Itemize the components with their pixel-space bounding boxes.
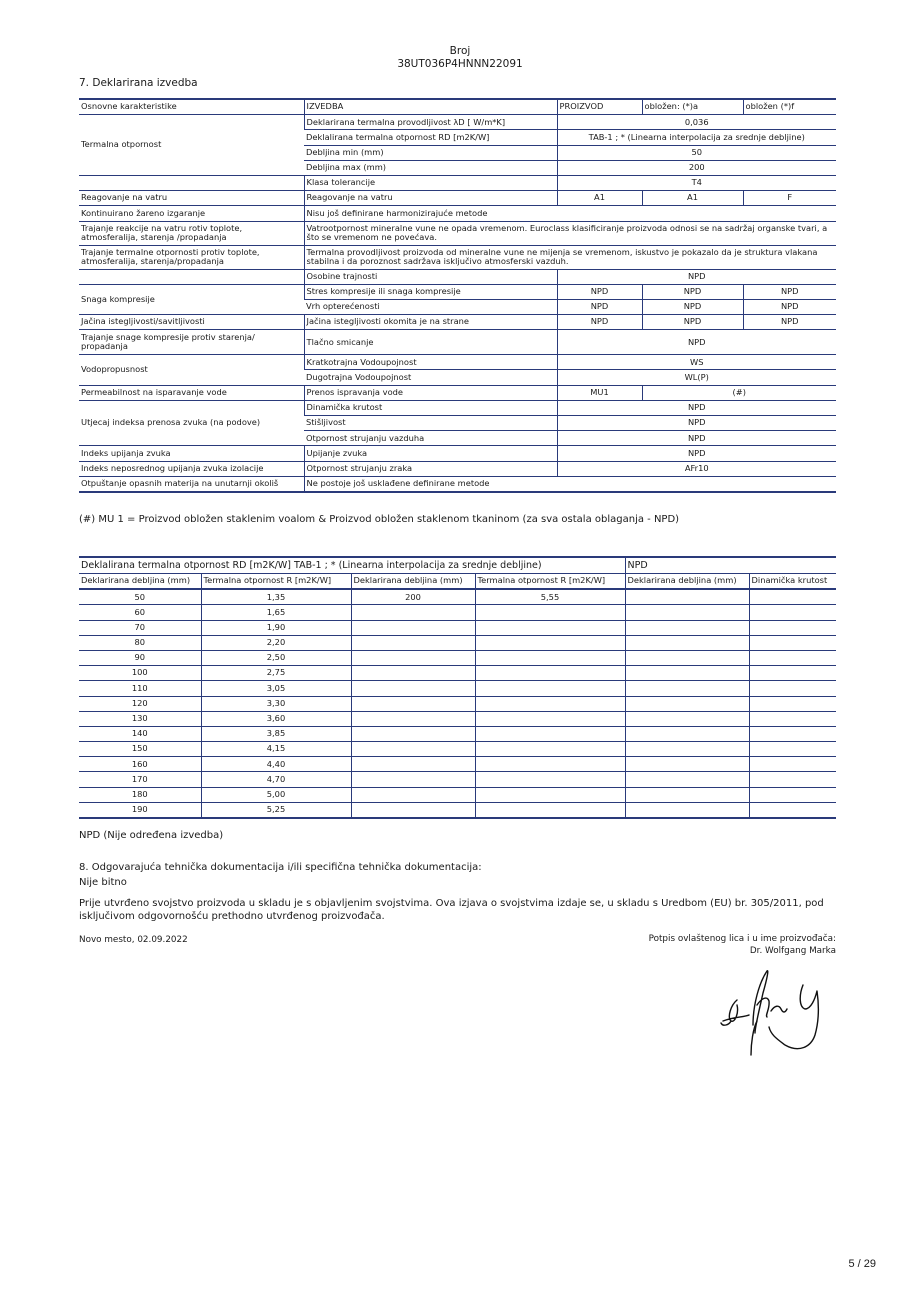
- table-row: Kontinuirano žareno izgaranje Nisu još d…: [79, 206, 836, 221]
- table-cell: 2,20: [201, 635, 351, 650]
- value-cell: NPD: [642, 284, 743, 299]
- characteristic-cell: Vodopropusnost: [79, 355, 304, 385]
- header-label: Broj: [0, 45, 920, 58]
- table-cell: [475, 696, 625, 711]
- performance-label: Vrh opterećenosti: [304, 299, 557, 314]
- table-row: 1103,05: [79, 681, 836, 696]
- table-cell: [351, 696, 475, 711]
- header-cell: Deklarirana debljina (mm): [625, 574, 749, 590]
- table-cell: [475, 726, 625, 741]
- table-cell: [475, 772, 625, 787]
- table-cell: [749, 757, 836, 772]
- table-cell: [475, 742, 625, 757]
- table-cell: [625, 757, 749, 772]
- table-cell: [749, 802, 836, 818]
- table-row: 1805,00: [79, 787, 836, 802]
- table-cell: 160: [79, 757, 201, 772]
- characteristic-cell: Trajanje snage kompresije protiv starenj…: [79, 330, 304, 355]
- performance-label: Klasa tolerancije: [304, 175, 557, 190]
- table-row: 1905,25: [79, 802, 836, 818]
- value-cell: AFr10: [557, 461, 836, 476]
- table-cell: [351, 757, 475, 772]
- value-cell: A1: [557, 191, 642, 206]
- table-cell: 3,85: [201, 726, 351, 741]
- table-cell: [475, 787, 625, 802]
- table-row: 902,50: [79, 650, 836, 665]
- characteristic-cell: Utjecaj indeksa prenosa zvuka (na podove…: [79, 400, 304, 446]
- value-cell: NPD: [642, 315, 743, 330]
- rd-table-title: Deklalirana termalna otpornost RD [m2K/W…: [79, 557, 625, 574]
- value-cell: NPD: [642, 299, 743, 314]
- section-8-value: Nije bitno: [79, 876, 127, 889]
- table-cell: 1,35: [201, 589, 351, 605]
- table-cell: [475, 681, 625, 696]
- characteristic-cell: Kontinuirano žareno izgaranje: [79, 206, 304, 221]
- table-cell: 100: [79, 666, 201, 681]
- table-cell: [749, 635, 836, 650]
- value-cell: WS: [557, 355, 836, 370]
- table-cell: [475, 620, 625, 635]
- value-cell: NPD: [557, 269, 836, 284]
- header-cell: Termalna otpornost R [m2K/W]: [201, 574, 351, 590]
- section-7-title: 7. Deklarirana izvedba: [79, 77, 198, 89]
- value-cell: Nisu još definirane harmonizirajuće meto…: [304, 206, 836, 221]
- table-cell: [625, 726, 749, 741]
- table-cell: [625, 605, 749, 620]
- table-cell: [475, 757, 625, 772]
- table-cell: 80: [79, 635, 201, 650]
- table-cell: 4,70: [201, 772, 351, 787]
- value-cell: NPD: [557, 400, 836, 415]
- table-cell: 90: [79, 650, 201, 665]
- thermal-resistance-table: Deklalirana termalna otpornost RD [m2K/W…: [79, 556, 836, 819]
- characteristic-cell: [79, 269, 304, 284]
- table-row: Reagovanje na vatru Reagovanje na vatru …: [79, 191, 836, 206]
- table-cell: [475, 666, 625, 681]
- table-cell: 2,50: [201, 650, 351, 665]
- table-cell: [351, 666, 475, 681]
- table-cell: [625, 681, 749, 696]
- header-cell: PROIZVOD: [557, 99, 642, 115]
- value-cell: NPD: [557, 315, 642, 330]
- table-cell: [749, 696, 836, 711]
- performance-label: Stišljivost: [304, 416, 557, 431]
- table-cell: [351, 650, 475, 665]
- value-cell: F: [743, 191, 836, 206]
- table-cell: [351, 605, 475, 620]
- table-cell: [749, 681, 836, 696]
- header-cell: Deklarirana debljina (mm): [79, 574, 201, 590]
- characteristic-cell: Snaga kompresije: [79, 284, 304, 314]
- value-cell: NPD: [557, 284, 642, 299]
- header-cell: obložen: (*)a: [642, 99, 743, 115]
- table-row: Indeks neposrednog upijanja zvuka izolac…: [79, 461, 836, 476]
- table-row: Trajanje termalne otpornosti protiv topl…: [79, 245, 836, 269]
- table-cell: [475, 635, 625, 650]
- header-cell: Dinamička krutost: [749, 574, 836, 590]
- value-cell: NPD: [557, 446, 836, 461]
- characteristic-cell: Indeks upijanja zvuka: [79, 446, 304, 461]
- table-cell: [351, 711, 475, 726]
- table-cell: 130: [79, 711, 201, 726]
- table-cell: 60: [79, 605, 201, 620]
- table-row: Jačina istegljivosti/savitljivosti Jačin…: [79, 315, 836, 330]
- table-cell: 190: [79, 802, 201, 818]
- table-cell: [475, 802, 625, 818]
- value-cell: NPD: [743, 284, 836, 299]
- table-cell: [625, 650, 749, 665]
- performance-label: Kratkotrajna Vodoupojnost: [304, 355, 557, 370]
- table-row: 1403,85: [79, 726, 836, 741]
- table-cell: [351, 620, 475, 635]
- table-row: 601,65: [79, 605, 836, 620]
- table-cell: 150: [79, 742, 201, 757]
- table-row: Otpuštanje opasnih materija na unutarnji…: [79, 476, 836, 492]
- table-cell: 4,40: [201, 757, 351, 772]
- table-cell: [749, 742, 836, 757]
- value-cell: NPD: [557, 431, 836, 446]
- table-cell: 70: [79, 620, 201, 635]
- table-cell: [749, 726, 836, 741]
- mu1-footnote: (#) MU 1 = Proizvod obložen staklenim vo…: [79, 514, 679, 525]
- performance-label: Reagovanje na vatru: [304, 191, 557, 206]
- table-row: Utjecaj indeksa prenosa zvuka (na podove…: [79, 400, 836, 415]
- performance-label: Upijanje zvuka: [304, 446, 557, 461]
- characteristic-cell: Jačina istegljivosti/savitljivosti: [79, 315, 304, 330]
- npd-table-title: NPD: [625, 557, 836, 574]
- performance-label: Debljina min (mm): [304, 145, 557, 160]
- characteristic-cell: Otpuštanje opasnih materija na unutarnji…: [79, 476, 304, 492]
- table-cell: [749, 589, 836, 605]
- performance-label: Dinamička krutost: [304, 400, 557, 415]
- header-cell: IZVEDBA: [304, 99, 557, 115]
- table-cell: [351, 742, 475, 757]
- table-row: Klasa tolerancije T4: [79, 175, 836, 190]
- signature-block: Potpis ovlaštenog lica i u ime proizvođa…: [649, 933, 836, 957]
- table-row: Trajanje reakcije na vatru rotiv toplote…: [79, 221, 836, 245]
- table-header-row: Osnovne karakteristike IZVEDBA PROIZVOD …: [79, 99, 836, 115]
- table-cell: [749, 620, 836, 635]
- table-cell: [475, 711, 625, 726]
- declaration-text: Prije utvrđeno svojstvo proizvoda u skla…: [79, 897, 839, 923]
- performance-label: Prenos ispravanja vode: [304, 385, 557, 400]
- table-cell: 4,15: [201, 742, 351, 757]
- header-cell: Osnovne karakteristike: [79, 99, 304, 115]
- value-cell: NPD: [743, 315, 836, 330]
- page-number: 5 / 29: [848, 1258, 876, 1270]
- table-cell: 1,65: [201, 605, 351, 620]
- table-cell: [351, 726, 475, 741]
- table-row: Trajanje snage kompresije protiv starenj…: [79, 330, 836, 355]
- characteristic-cell: Trajanje termalne otpornosti protiv topl…: [79, 245, 304, 269]
- table-header-row: Deklarirana debljina (mm) Termalna otpor…: [79, 574, 836, 590]
- signature-label: Potpis ovlaštenog lica i u ime proizvođa…: [649, 933, 836, 945]
- table-row: 1704,70: [79, 772, 836, 787]
- table-cell: [351, 787, 475, 802]
- value-cell: (#): [642, 385, 836, 400]
- characteristic-cell: Termalna otpornost: [79, 115, 304, 176]
- table-cell: [351, 635, 475, 650]
- value-cell: NPD: [557, 299, 642, 314]
- place-date: Novo mesto, 02.09.2022: [79, 934, 188, 947]
- table-cell: [351, 802, 475, 818]
- table-cell: [749, 711, 836, 726]
- table-row: Permeabilnost na isparavanje vode Prenos…: [79, 385, 836, 400]
- table-cell: [475, 605, 625, 620]
- value-cell: Termalna provodljivost proizvoda od mine…: [304, 245, 836, 269]
- table-cell: 3,30: [201, 696, 351, 711]
- table-cell: 50: [79, 589, 201, 605]
- table-row: 802,20: [79, 635, 836, 650]
- table-cell: 2,75: [201, 666, 351, 681]
- header-cell: Deklarirana debljina (mm): [351, 574, 475, 590]
- value-cell: T4: [557, 175, 836, 190]
- value-cell: TAB-1 ; * (Linearna interpolacija za sre…: [557, 130, 836, 145]
- characteristic-cell: [79, 175, 304, 190]
- table-cell: [351, 681, 475, 696]
- table-cell: [749, 772, 836, 787]
- table-cell: [625, 620, 749, 635]
- table-row: Snaga kompresije Stres kompresije ili sn…: [79, 284, 836, 299]
- table-cell: 170: [79, 772, 201, 787]
- header-cell: Termalna otpornost R [m2K/W]: [475, 574, 625, 590]
- section-8-title: 8. Odgovarajuća tehnička dokumentacija i…: [79, 861, 482, 874]
- table-cell: [625, 742, 749, 757]
- table-row: 1504,15: [79, 742, 836, 757]
- characteristic-cell: Trajanje reakcije na vatru rotiv toplote…: [79, 221, 304, 245]
- performance-label: Debljina max (mm): [304, 160, 557, 175]
- table-row: 1002,75: [79, 666, 836, 681]
- table-cell: [625, 635, 749, 650]
- table-cell: 5,55: [475, 589, 625, 605]
- table-cell: 110: [79, 681, 201, 696]
- table-cell: [749, 650, 836, 665]
- table-cell: [625, 802, 749, 818]
- table-cell: [749, 605, 836, 620]
- performance-label: Deklarirana termalna provodljivost λD [ …: [304, 115, 557, 130]
- declared-performance-table: Osnovne karakteristike IZVEDBA PROIZVOD …: [79, 98, 836, 493]
- table-row: Indeks upijanja zvuka Upijanje zvuka NPD: [79, 446, 836, 461]
- table-title-row: Deklalirana termalna otpornost RD [m2K/W…: [79, 557, 836, 574]
- table-cell: [625, 772, 749, 787]
- performance-label: Dugotrajna Vodoupojnost: [304, 370, 557, 385]
- performance-label: Otpornost strujanju zraka: [304, 461, 557, 476]
- table-cell: [625, 589, 749, 605]
- value-cell: WL(P): [557, 370, 836, 385]
- table-cell: 1,90: [201, 620, 351, 635]
- value-cell: NPD: [557, 416, 836, 431]
- characteristic-cell: Permeabilnost na isparavanje vode: [79, 385, 304, 400]
- header-cell: obložen (*)f: [743, 99, 836, 115]
- table-cell: [749, 787, 836, 802]
- table-row: 501,352005,55: [79, 589, 836, 605]
- table-cell: 180: [79, 787, 201, 802]
- value-cell: NPD: [743, 299, 836, 314]
- table-cell: 5,25: [201, 802, 351, 818]
- value-cell: 0,036: [557, 115, 836, 130]
- table-row: 1604,40: [79, 757, 836, 772]
- characteristic-cell: Reagovanje na vatru: [79, 191, 304, 206]
- performance-label: Otpornost strujanju vazduha: [304, 431, 557, 446]
- table-row: 1203,30: [79, 696, 836, 711]
- table-cell: 120: [79, 696, 201, 711]
- table-row: Osobine trajnosti NPD: [79, 269, 836, 284]
- table-row: 1303,60: [79, 711, 836, 726]
- value-cell: NPD: [557, 330, 836, 355]
- characteristic-cell: Indeks neposrednog upijanja zvuka izolac…: [79, 461, 304, 476]
- table-cell: [625, 696, 749, 711]
- performance-label: Tlačno smicanje: [304, 330, 557, 355]
- table-cell: [351, 772, 475, 787]
- table-row: Termalna otpornost Deklarirana termalna …: [79, 115, 836, 130]
- value-cell: Ne postoje još usklađene definirane meto…: [304, 476, 836, 492]
- table-cell: [625, 787, 749, 802]
- value-cell: Vatrootpornost mineralne vune ne opada v…: [304, 221, 836, 245]
- handwritten-signature-icon: [715, 965, 840, 1060]
- performance-label: Osobine trajnosti: [304, 269, 557, 284]
- table-cell: [625, 711, 749, 726]
- table-row: Vodopropusnost Kratkotrajna Vodoupojnost…: [79, 355, 836, 370]
- performance-label: Stres kompresije ili snaga kompresije: [304, 284, 557, 299]
- document-header: Broj 38UT036P4HNNN22091: [0, 45, 920, 71]
- performance-label: Deklalirana termalna otpornost RD [m2K/W…: [304, 130, 557, 145]
- value-cell: 50: [557, 145, 836, 160]
- value-cell: A1: [642, 191, 743, 206]
- table-cell: 140: [79, 726, 201, 741]
- signatory-name: Dr. Wolfgang Marka: [649, 945, 836, 957]
- table-cell: 5,00: [201, 787, 351, 802]
- table-cell: [625, 666, 749, 681]
- performance-label: Jačina istegljivosti okomita je na stran…: [304, 315, 557, 330]
- table-cell: [749, 666, 836, 681]
- document-number: 38UT036P4HNNN22091: [0, 58, 920, 71]
- table-cell: 200: [351, 589, 475, 605]
- table-row: 701,90: [79, 620, 836, 635]
- npd-note: NPD (Nije određena izvedba): [79, 829, 223, 842]
- value-cell: 200: [557, 160, 836, 175]
- table-cell: [475, 650, 625, 665]
- table-cell: 3,60: [201, 711, 351, 726]
- table-cell: 3,05: [201, 681, 351, 696]
- value-cell: MU1: [557, 385, 642, 400]
